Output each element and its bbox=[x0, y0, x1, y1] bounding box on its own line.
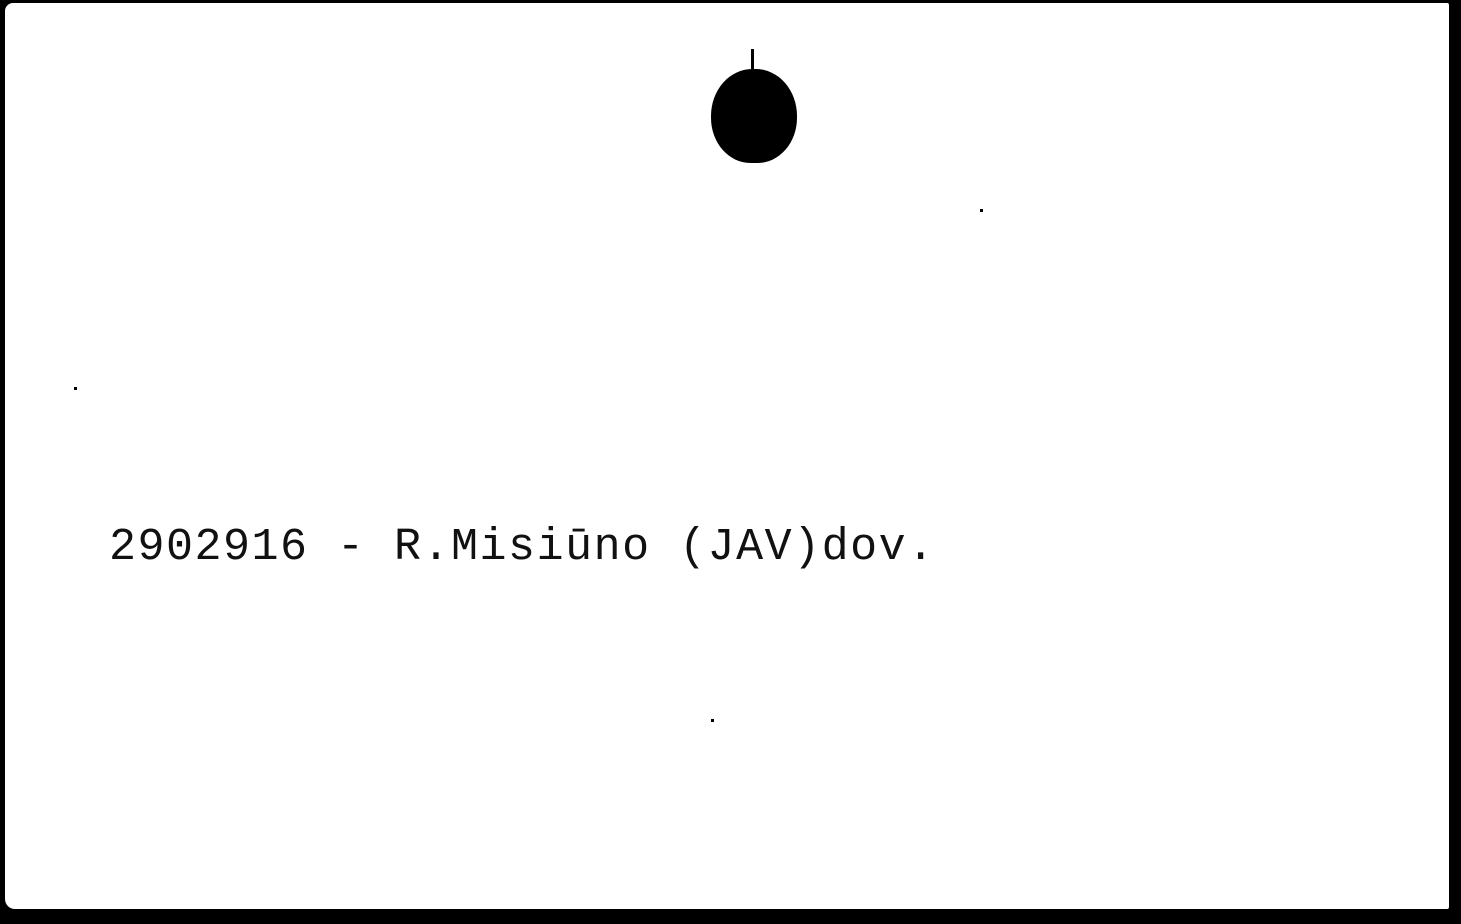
scan-speck bbox=[711, 719, 714, 722]
scan-speck bbox=[980, 209, 983, 212]
card-entry-text: 2902916 - R.Misiūno (JAV)dov. bbox=[109, 525, 936, 570]
punch-hole bbox=[711, 69, 797, 163]
index-card: 2902916 - R.Misiūno (JAV)dov. bbox=[5, 3, 1449, 909]
scan-speck bbox=[74, 387, 77, 390]
